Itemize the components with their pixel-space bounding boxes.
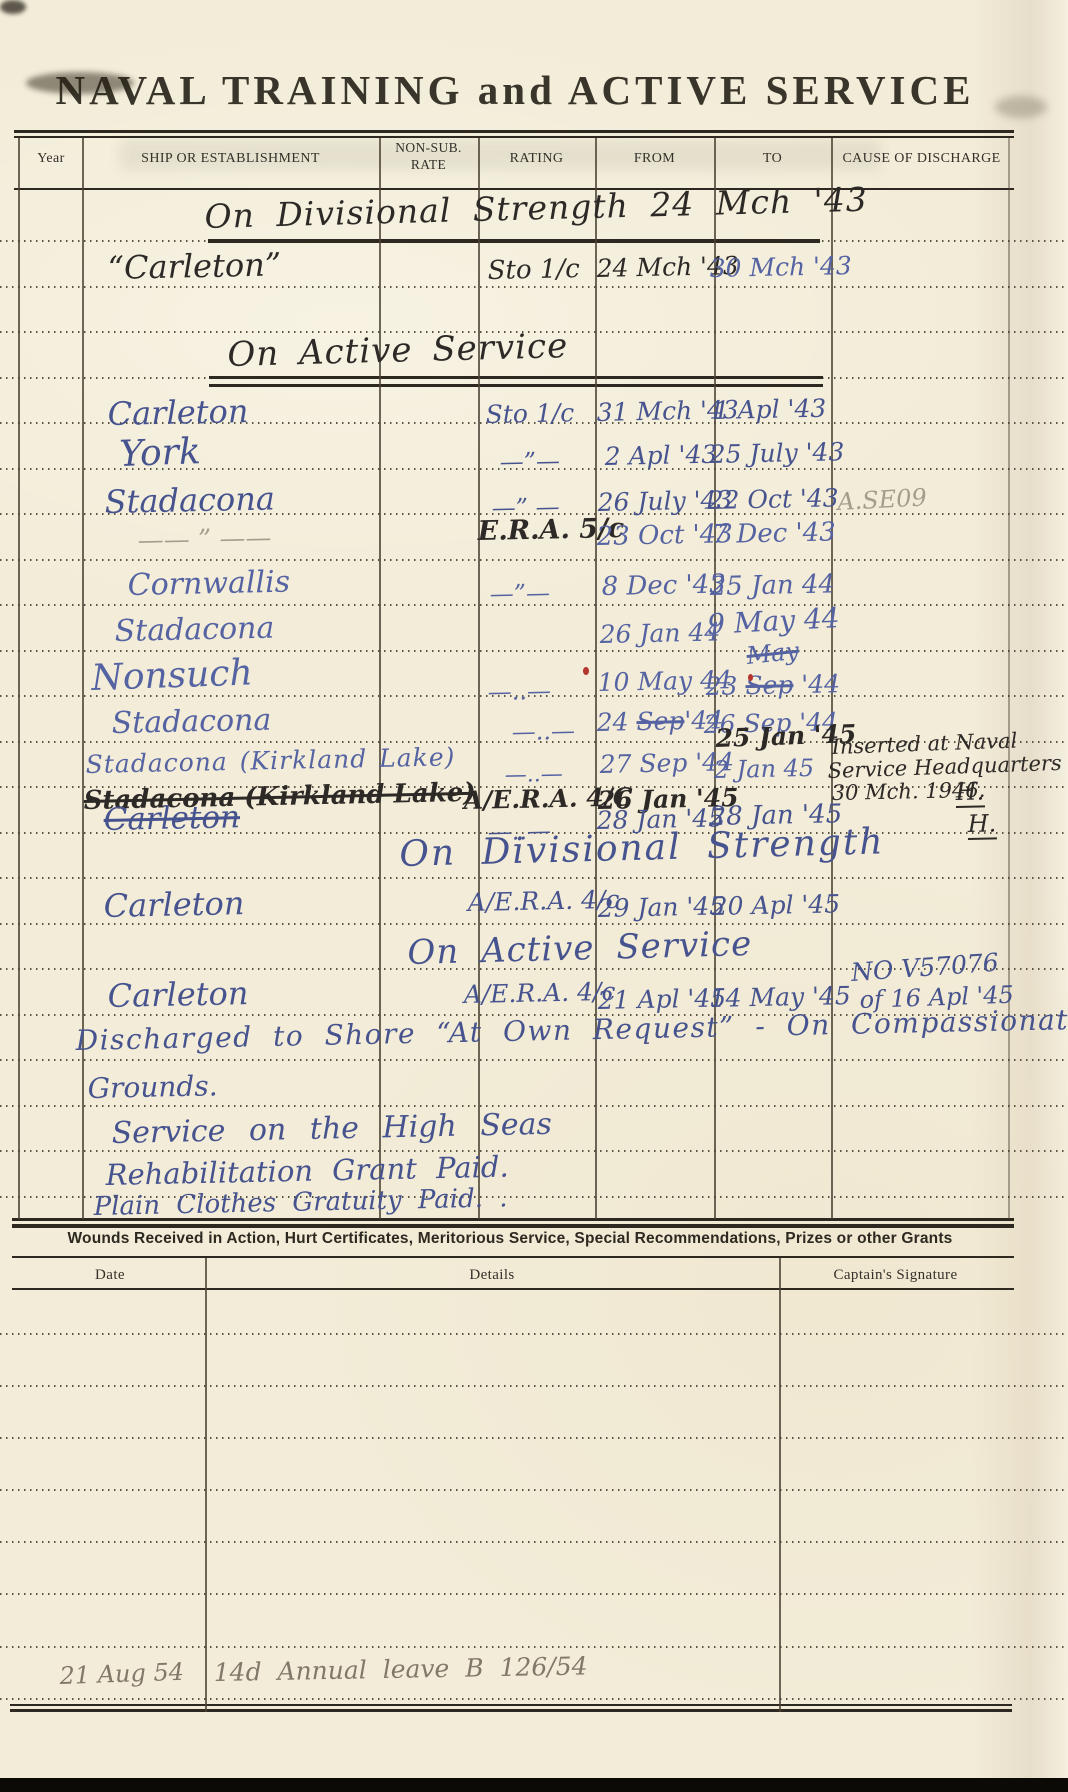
row-stadacona-1-to: 22 Oct '43: [707, 485, 838, 514]
row-carleton-2-ship: Carleton: [107, 395, 248, 432]
note-may-correction: May: [745, 639, 800, 670]
row-nonsuch-rating-ditto: —..—: [487, 679, 551, 706]
row-york-rating-ditto: —”—: [499, 449, 560, 475]
row-york-from: 2 Apl '43: [604, 442, 717, 471]
row-cornwallis-to: 25 Jan 44: [709, 571, 835, 601]
row-stadacona-3-rating-ditto: —..—: [511, 719, 575, 746]
rule-line: [14, 136, 1014, 138]
row-cornwallis-from: 8 Dec '43: [601, 571, 726, 601]
grants-row-date: 21 Aug 54: [59, 1660, 184, 1690]
rule-line: [10, 1704, 1012, 1706]
col-header-date: Date: [20, 1266, 200, 1285]
row-carleton-1-to: 30 Mch '43: [709, 253, 852, 282]
red-ink-speck-1: [583, 667, 589, 675]
dotted-rule-line: [0, 1698, 1068, 1700]
grants-row-details: 14d Annual leave B 126/54: [214, 1653, 588, 1686]
dotted-rule-line: [0, 877, 1068, 879]
dotted-rule-line: [0, 1150, 1068, 1152]
scan-smudge: [26, 72, 134, 94]
rule-line: [10, 1709, 1012, 1712]
rule-line: [209, 376, 823, 379]
note-service-high-seas: Service on the High Seas: [111, 1109, 552, 1150]
row-york-to: 25 July '43: [709, 439, 844, 468]
rule-line: [208, 239, 820, 243]
column-line: [379, 138, 381, 1219]
heading-on-active-service-1945: On Active Service: [407, 927, 753, 972]
rule-line: [14, 130, 1014, 133]
page-title: NAVAL TRAINING and ACTIVE SERVICE: [0, 66, 1030, 114]
row-stadacona-1-ship: Stadacona: [104, 482, 275, 519]
note-no-v57076: NO V57076: [850, 950, 999, 987]
row-carleton-3-ship: Carleton: [103, 801, 240, 836]
rule-line: [12, 1288, 1014, 1290]
note-initial-h-2: H.: [967, 811, 996, 840]
column-line: [18, 138, 20, 1219]
row-stadacona-1-cause-pencil: A.SE09: [837, 485, 928, 515]
dotted-rule-line: [0, 1646, 1068, 1648]
row-carleton-5-rating: A/E.R.A. 4/c: [463, 979, 615, 1008]
row-carleton-4-from: 29 Jan '45: [597, 893, 725, 922]
row-ditto-ship: —— ” ——: [137, 525, 271, 555]
row-ditto-to: 7 Dec '43: [711, 519, 836, 549]
dotted-rule-line: [0, 1489, 1068, 1491]
row-carleton-1-ship: “Carleton”: [107, 248, 281, 285]
red-ink-speck-2: [748, 674, 753, 681]
row-cornwallis-rating-ditto: —”—: [489, 581, 550, 607]
column-line: [1008, 138, 1010, 1219]
dotted-rule-line: [0, 650, 1068, 652]
row-stadacona-2-to: 9 May 44: [706, 603, 840, 639]
row-nonsuch-to: 23 Sep '44: [705, 671, 840, 700]
rule-line: [12, 1224, 1014, 1228]
wounds-section-title: Wounds Received in Action, Hurt Certific…: [60, 1230, 960, 1248]
row-stadacona-2-ship: Stadacona: [114, 613, 274, 648]
dotted-rule-line: [0, 1333, 1068, 1335]
row-carleton-5-ship: Carleton: [107, 977, 248, 1014]
row-kirkland-to: 2 Jan 45: [713, 756, 814, 783]
heading-on-divisional-strength-1943: On Divisional Strength 24 Mch '43: [204, 183, 868, 235]
row-stadacona-3-ship: Stadacona: [111, 705, 271, 740]
print-bleed-through: [120, 140, 880, 170]
row-york-ship: York: [119, 433, 202, 474]
scan-smudge: [0, 0, 26, 14]
row-carleton-4-to: 20 Apl '45: [711, 891, 840, 920]
naval-service-record-page: NAVAL TRAINING and ACTIVE SERVICE Year S…: [0, 0, 1068, 1792]
col-header-captains-signature: Captain's Signature: [779, 1266, 1012, 1285]
scan-edge-bar: [0, 1778, 1068, 1792]
dotted-rule-line: [0, 1385, 1068, 1387]
dotted-rule-line: [0, 1437, 1068, 1439]
note-discharged-line2: Grounds.: [87, 1071, 217, 1103]
heading-on-active-service-1943: On Active Service: [227, 329, 569, 374]
rule-line: [209, 384, 823, 387]
row-carleton-1-rating: Sto 1/c: [487, 256, 580, 285]
row-carleton-4-ship: Carleton: [103, 887, 244, 924]
rule-line: [12, 1256, 1014, 1258]
col-header-year: Year: [20, 150, 82, 168]
dotted-rule-line: [0, 559, 1068, 561]
row-carleton-2-to: 1 Apl '43: [713, 396, 826, 425]
col-header-details: Details: [205, 1266, 779, 1285]
column-line: [205, 1258, 207, 1712]
row-cornwallis-ship: Cornwallis: [127, 567, 290, 602]
row-stadacona-2-from: 26 Jan 44: [599, 619, 720, 648]
dotted-rule-line: [0, 1059, 1068, 1061]
dotted-rule-line: [0, 1541, 1068, 1543]
dotted-rule-line: [0, 1593, 1068, 1595]
row-kirkland-ship: Stadacona (Kirkland Lake): [85, 744, 455, 778]
column-line: [478, 138, 480, 1219]
scan-smudge: [995, 96, 1047, 118]
column-line: [779, 1258, 781, 1712]
note-plain-clothes-gratuity: Plain Clothes Gratuity Paid. .: [93, 1185, 507, 1221]
note-initial-h-1: H.: [955, 779, 984, 808]
row-carleton-2-rating: Sto 1/c: [485, 400, 574, 428]
row-nonsuch-ship: Nonsuch: [91, 654, 254, 697]
